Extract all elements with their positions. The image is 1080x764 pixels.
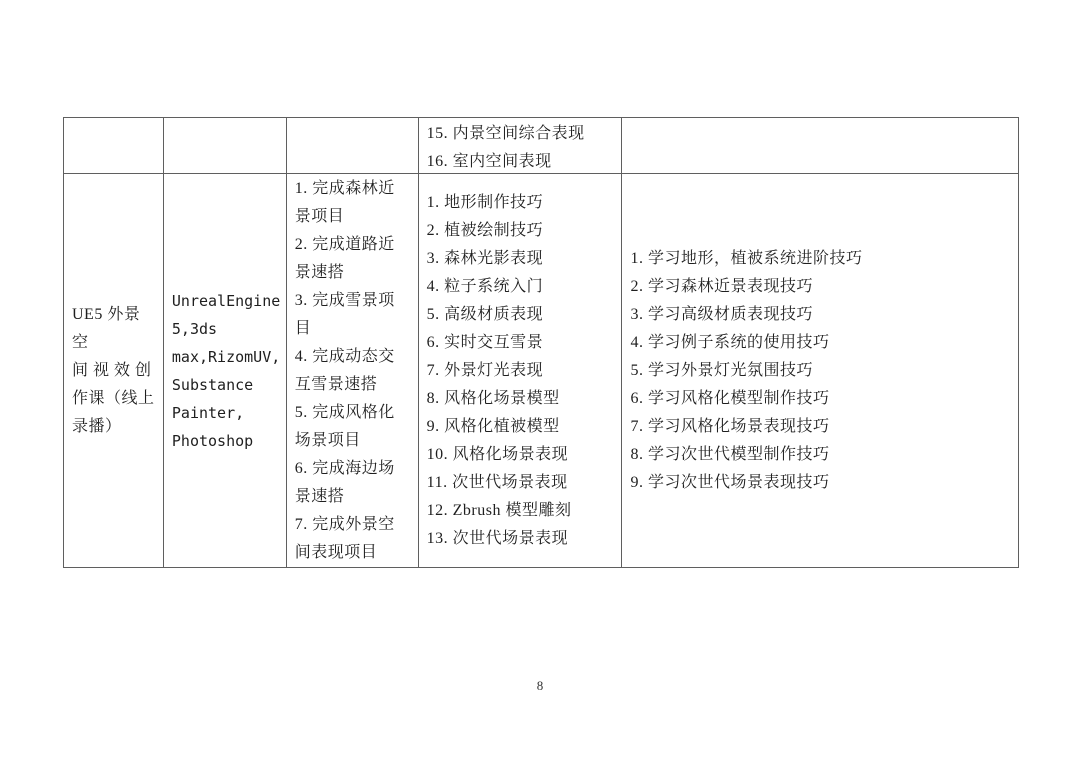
list-item: 2. 完成道路近景速搭 — [295, 231, 410, 287]
cell-course-title: UE5 外景空间 视 效 创作课（线上录播） — [64, 174, 164, 567]
list-item: 6. 学习风格化模型制作技巧 — [630, 385, 1010, 413]
text-line: Photoshop — [172, 427, 278, 455]
page-number: 8 — [0, 678, 1080, 694]
cell-skills-list: 1. 地形制作技巧2. 植被绘制技巧3. 森林光影表现4. 粒子系统入门5. 高… — [419, 174, 623, 567]
cell-software-empty — [164, 118, 287, 173]
list-item: 8. 学习次世代模型制作技巧 — [630, 441, 1010, 469]
list-item: 7. 学习风格化场景表现技巧 — [630, 413, 1010, 441]
text-line: 录播） — [72, 413, 155, 441]
list-item: 9. 学习次世代场景表现技巧 — [630, 469, 1010, 497]
list-item: 4. 学习例子系统的使用技巧 — [630, 329, 1010, 357]
list-item: 3. 完成雪景项目 — [295, 287, 410, 343]
table-row-ue5-course: UE5 外景空间 视 效 创作课（线上录播） UnrealEngine5,3ds… — [64, 174, 1018, 567]
cell-skills-continuation: 15. 内景空间综合表现16. 室内空间表现 — [419, 118, 623, 173]
list-item: 4. 粒子系统入门 — [427, 273, 614, 301]
list-item: 1. 学习地形，植被系统进阶技巧 — [630, 245, 1010, 273]
cell-projects-empty — [287, 118, 419, 173]
list-item: 10. 风格化场景表现 — [427, 441, 614, 469]
text-line: UnrealEngine — [172, 287, 278, 315]
cell-outcomes-list: 1. 学习地形，植被系统进阶技巧2. 学习森林近景表现技巧3. 学习高级材质表现… — [622, 174, 1018, 567]
list-item: 15. 内景空间综合表现 — [427, 120, 614, 148]
list-item: 7. 完成外景空间表现项目 — [295, 511, 410, 567]
list-item: 5. 完成风格化场景项目 — [295, 399, 410, 455]
list-item: 16. 室内空间表现 — [427, 148, 614, 173]
list-item: 11. 次世代场景表现 — [427, 469, 614, 497]
list-item: 6. 完成海边场景速搭 — [295, 455, 410, 511]
text-line: 作课（线上 — [72, 385, 155, 413]
list-item: 9. 风格化植被模型 — [427, 413, 614, 441]
text-line: 5,3ds — [172, 315, 278, 343]
list-item: 6. 实时交互雪景 — [427, 329, 614, 357]
list-item: 3. 森林光影表现 — [427, 245, 614, 273]
list-item: 7. 外景灯光表现 — [427, 357, 614, 385]
text-line: 间 视 效 创 — [72, 357, 155, 385]
text-line: Painter, — [172, 399, 278, 427]
list-item: 2. 学习森林近景表现技巧 — [630, 273, 1010, 301]
table-row-continuation: 15. 内景空间综合表现16. 室内空间表现 — [64, 118, 1018, 174]
list-item: 1. 完成森林近景项目 — [295, 175, 410, 231]
cell-outcomes-empty — [622, 118, 1018, 173]
list-item: 8. 风格化场景模型 — [427, 385, 614, 413]
course-table: 15. 内景空间综合表现16. 室内空间表现 UE5 外景空间 视 效 创作课（… — [63, 117, 1019, 568]
list-item: 13. 次世代场景表现 — [427, 525, 614, 553]
list-item: 3. 学习高级材质表现技巧 — [630, 301, 1010, 329]
document-page: 15. 内景空间综合表现16. 室内空间表现 UE5 外景空间 视 效 创作课（… — [0, 0, 1080, 764]
cell-software-list: UnrealEngine5,3dsmax,RizomUV,SubstancePa… — [164, 174, 287, 567]
list-item: 5. 学习外景灯光氛围技巧 — [630, 357, 1010, 385]
list-item: 2. 植被绘制技巧 — [427, 217, 614, 245]
list-item: 1. 地形制作技巧 — [427, 189, 614, 217]
list-item: 4. 完成动态交互雪景速搭 — [295, 343, 410, 399]
cell-course-empty — [64, 118, 164, 173]
list-item: 5. 高级材质表现 — [427, 301, 614, 329]
cell-projects-list: 1. 完成森林近景项目2. 完成道路近景速搭3. 完成雪景项目4. 完成动态交互… — [287, 174, 419, 567]
text-line: UE5 外景空 — [72, 301, 155, 357]
list-item: 12. Zbrush 模型雕刻 — [427, 497, 614, 525]
text-line: Substance — [172, 371, 278, 399]
text-line: max,RizomUV, — [172, 343, 278, 371]
